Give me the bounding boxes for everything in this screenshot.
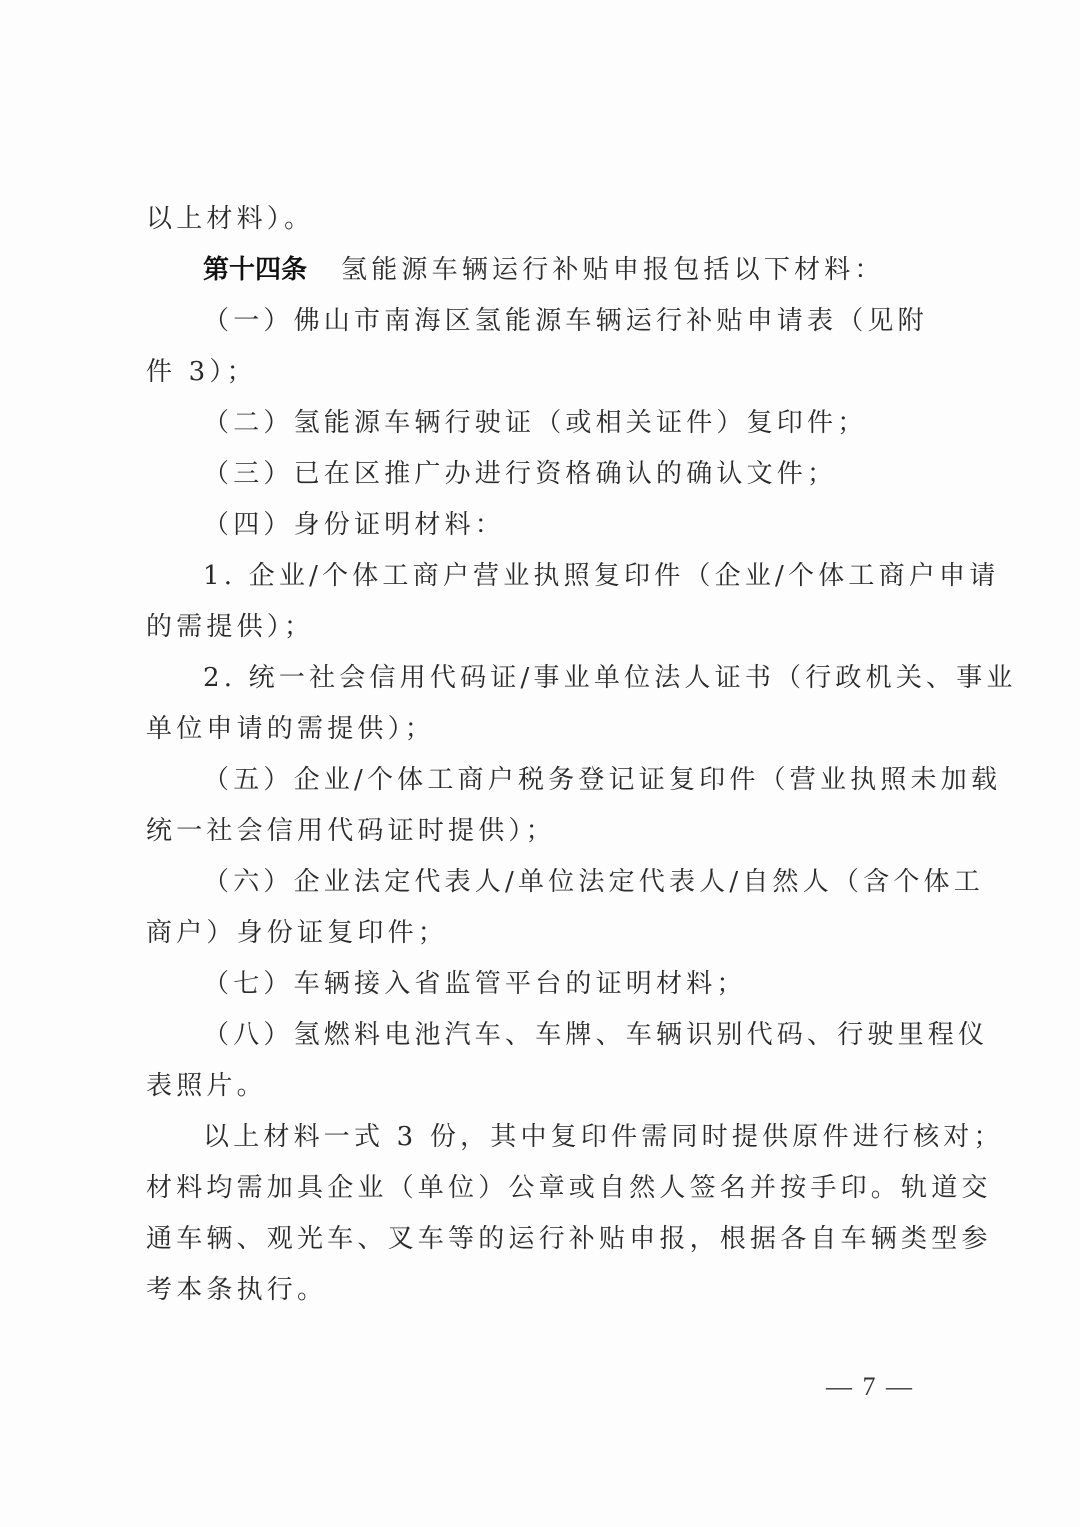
item-1-line: （一）佛山市南海区氢能源车辆运行补贴申请表（见附 — [203, 304, 1003, 338]
article-heading: 第十四条 — [203, 255, 307, 285]
article-intro-text: 氢能源车辆运行补贴申报包括以下材料： — [341, 255, 885, 285]
item-4-sub-2-line: 2. 统一社会信用代码证/事业单位法人证书（行政机关、事业 — [203, 661, 1003, 695]
page-number: — 7 — — [826, 1372, 914, 1402]
item-5-line: （五）企业/个体工商户税务登记证复印件（营业执照未加载 — [203, 763, 1003, 797]
item-3-line: （三）已在区推广办进行资格确认的确认文件； — [203, 457, 1003, 491]
item-4-line: （四）身份证明材料： — [203, 508, 1003, 542]
closing-paragraph-line-2: 材料均需加具企业（单位）公章或自然人签名并按手印。轨道交 — [146, 1171, 946, 1205]
item-4-sub-1-continuation: 的需提供）； — [146, 610, 946, 644]
article-14-line: 第十四条氢能源车辆运行补贴申报包括以下材料： — [203, 253, 1003, 287]
document-page: 以上材料）。 第十四条氢能源车辆运行补贴申报包括以下材料： （一）佛山市南海区氢… — [0, 0, 1080, 1527]
item-6-continuation: 商户）身份证复印件； — [146, 916, 946, 950]
item-7-line: （七）车辆接入省监管平台的证明材料； — [203, 967, 1003, 1001]
closing-paragraph-line-4: 考本条执行。 — [146, 1273, 946, 1307]
item-6-line: （六）企业法定代表人/单位法定代表人/自然人（含个体工 — [203, 865, 1003, 899]
item-4-sub-1-line: 1. 企业/个体工商户营业执照复印件（企业/个体工商户申请 — [203, 559, 1003, 593]
item-1-continuation: 件 3）； — [146, 355, 946, 389]
item-8-continuation: 表照片。 — [146, 1069, 946, 1103]
item-5-continuation: 统一社会信用代码证时提供）； — [146, 814, 946, 848]
item-2-line: （二）氢能源车辆行驶证（或相关证件）复印件； — [203, 406, 1003, 440]
closing-paragraph-line-1: 以上材料一式 3 份，其中复印件需同时提供原件进行核对； — [203, 1120, 1003, 1154]
item-4-sub-2-continuation: 单位申请的需提供）； — [146, 712, 946, 746]
closing-paragraph-line-3: 通车辆、观光车、叉车等的运行补贴申报，根据各自车辆类型参 — [146, 1222, 946, 1256]
text-line-continuation: 以上材料）。 — [146, 202, 946, 236]
item-8-line: （八）氢燃料电池汽车、车牌、车辆识别代码、行驶里程仪 — [203, 1018, 1003, 1052]
